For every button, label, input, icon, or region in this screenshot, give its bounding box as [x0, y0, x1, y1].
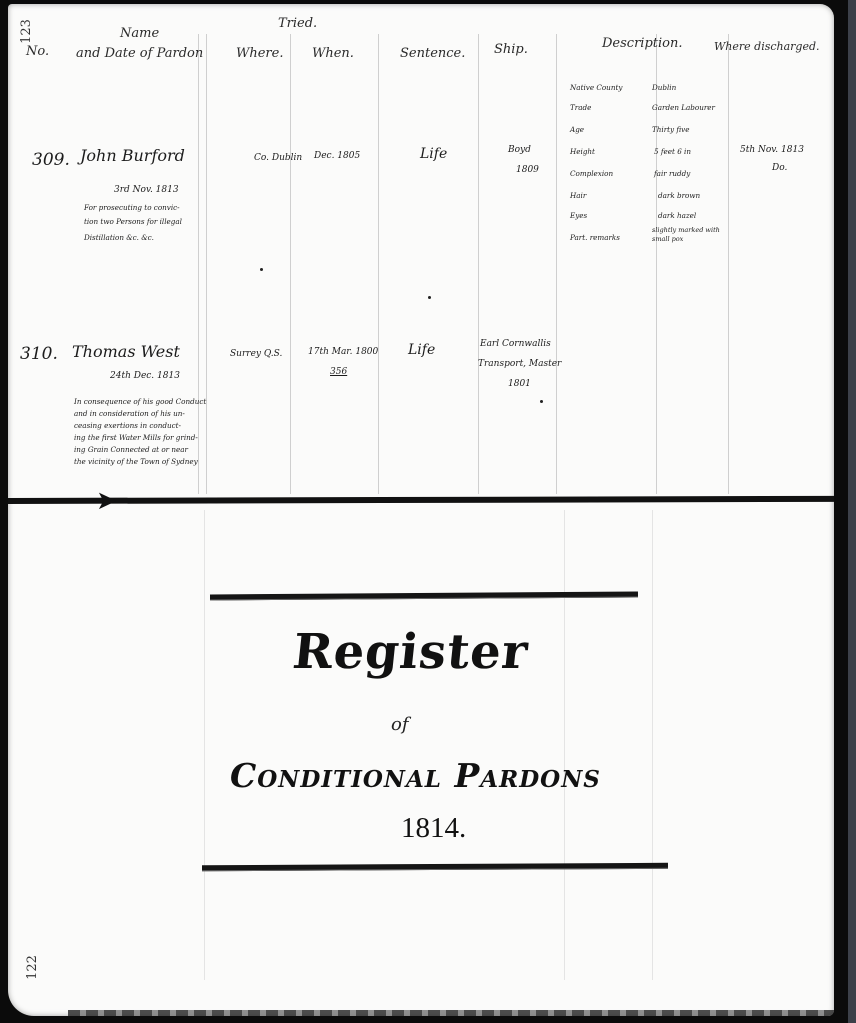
desc-label: Hair	[570, 190, 586, 201]
entry-name: John Burford	[80, 146, 185, 165]
desc-value: Thirty five	[652, 124, 690, 135]
desc-label: Eyes	[570, 210, 587, 221]
header-name-sub: and Date of Pardon	[76, 46, 203, 61]
header-where: Where.	[236, 46, 283, 61]
entry-reason-line: ing Grain Connected at or near	[74, 444, 188, 455]
entry-pardon-date: 3rd Nov. 1813	[114, 184, 179, 197]
cover-title-of: of	[391, 714, 409, 735]
header-ship: Ship.	[494, 42, 528, 57]
column-rule	[206, 34, 207, 494]
entry-number: 309.	[32, 150, 70, 170]
desc-value: Garden Labourer	[652, 102, 715, 113]
entry-when: 17th Mar. 1800	[308, 346, 378, 359]
entry-ship-line-3: 1801	[508, 378, 531, 391]
desc-value: fair ruddy	[654, 168, 690, 179]
folio-mark-bottom: 122	[25, 955, 40, 980]
desc-value: dark hazel	[658, 210, 696, 221]
entry-reason-line: Distillation &c. &c.	[84, 232, 154, 243]
header-sentence: Sentence.	[400, 46, 465, 61]
column-rule	[378, 34, 379, 494]
entry-ship-line-2: Transport, Master	[478, 358, 561, 371]
desc-label: Height	[570, 146, 595, 157]
entry-ship-line-1: Earl Cornwallis	[480, 338, 551, 351]
entry-sentence: Life	[408, 342, 435, 358]
entry-number: 310.	[20, 344, 58, 364]
cover-title-main: Conditional Pardons	[230, 756, 601, 795]
ink-speck	[540, 400, 543, 403]
entry-ship-line-1: Boyd	[508, 144, 531, 157]
header-description: Description.	[602, 36, 682, 51]
entry-name: Thomas West	[72, 342, 180, 361]
column-rule	[652, 510, 653, 980]
entry-reason-line: For prosecuting to convic-	[84, 202, 180, 213]
entry-reason-line: ceasing exertions in conduct-	[74, 420, 181, 431]
page-fold-line	[8, 496, 834, 504]
entry-where: Surrey Q.S.	[230, 348, 282, 361]
column-rule	[478, 34, 479, 494]
entry-discharged: 5th Nov. 1813	[740, 144, 804, 157]
entry-reason-line: tion two Persons for illegal	[84, 216, 182, 227]
ink-speck	[428, 296, 431, 299]
page-bottom-edge	[68, 1010, 834, 1016]
entry-where: Co. Dublin	[254, 152, 302, 165]
header-when: When.	[312, 46, 354, 61]
entry-pardon-date: 24th Dec. 1813	[110, 370, 180, 383]
column-rule	[290, 34, 291, 494]
column-rule	[564, 510, 565, 980]
entry-when-sub: 356	[330, 366, 347, 379]
desc-label: Complexion	[570, 168, 613, 179]
desc-value: Dublin	[652, 82, 676, 93]
entry-reason-line: In consequence of his good Conduct	[74, 396, 206, 407]
column-rule	[198, 34, 199, 494]
entry-sentence: Life	[420, 146, 447, 162]
header-name: Name	[120, 26, 159, 41]
cover-title-register: Register	[290, 624, 531, 680]
entry-reason-line: the vicinity of the Town of Sydney	[74, 456, 198, 467]
header-no: No.	[26, 44, 49, 59]
desc-value: 5 feet 6 in	[654, 146, 691, 157]
header-discharged: Where discharged.	[714, 40, 820, 53]
folio-mark-top: 123	[19, 19, 34, 44]
column-rule	[728, 34, 729, 494]
cover-title-year: 1814.	[401, 812, 466, 845]
desc-value: slightly marked with small pox	[652, 226, 724, 244]
column-rule	[204, 510, 205, 980]
header-tried: Tried.	[278, 16, 317, 31]
desc-value: dark brown	[658, 190, 700, 201]
entry-ship-line-2: 1809	[516, 164, 539, 177]
entry-when: Dec. 1805	[314, 150, 360, 163]
desc-label: Age	[570, 124, 584, 135]
entry-discharged-sub: Do.	[772, 162, 787, 175]
register-page: 123 No. Name and Date of Pardon Tried. W…	[8, 4, 834, 1016]
desc-label: Native County	[570, 82, 622, 93]
entry-reason-line: ing the first Water Mills for grind-	[74, 432, 198, 443]
ledger-section: 123 No. Name and Date of Pardon Tried. W…	[8, 4, 834, 502]
desc-label: Part. remarks	[570, 232, 620, 243]
column-rule	[556, 34, 557, 494]
ink-speck	[260, 268, 263, 271]
desc-label: Trade	[570, 102, 591, 113]
entry-reason-line: and in consideration of his un-	[74, 408, 185, 419]
